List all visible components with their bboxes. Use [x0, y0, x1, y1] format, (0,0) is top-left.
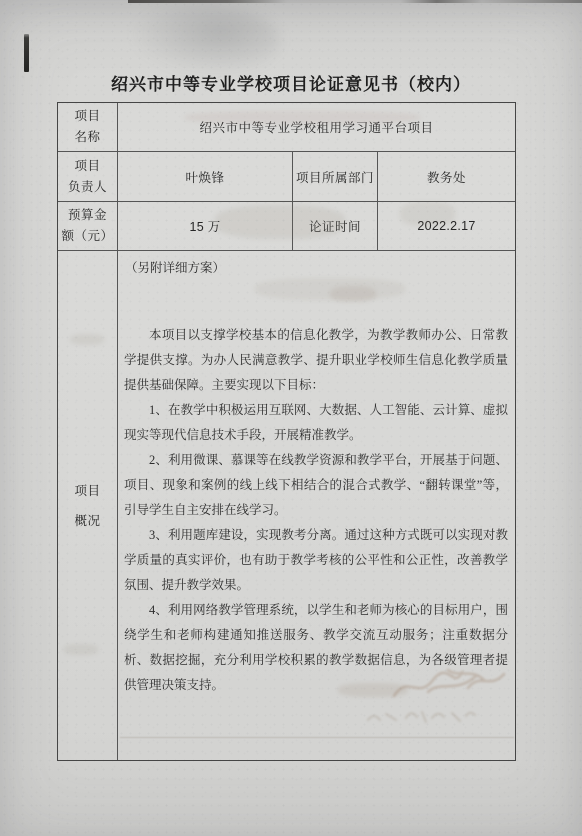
leader-label: 项目 负责人 — [58, 152, 118, 201]
department-label: 项目所属部门 — [293, 152, 378, 201]
staple-mark — [24, 34, 29, 72]
overview-label-line2: 概况 — [74, 506, 100, 536]
budget-label-line2: 额（元） — [61, 226, 113, 247]
row-budget-time: 预算金 额（元） 15 万 论证时间 2022.2.17 — [58, 202, 515, 251]
leader-value: 叶焕锋 — [118, 152, 293, 201]
overview-label-line1: 项目 — [74, 476, 100, 506]
scan-shadow-smudge — [130, 5, 280, 75]
overview-paragraph: 3、利用题库建设，实现教考分离。通过这种方式既可以实现对教学质量的真实评价，也有… — [124, 523, 508, 598]
project-name-label-line1: 项目 — [74, 106, 100, 127]
overview-paragraph: 2、利用微课、慕课等在线教学资源和教学平台，开展基于问题、项目、现象和案例的线上… — [124, 448, 508, 523]
project-name-label: 项目 名称 — [58, 103, 118, 151]
overview-paragraph: 1、在教学中积极运用互联网、大数据、人工智能、云计算、虚拟现实等现代信息技术手段… — [124, 398, 508, 448]
department-value: 教务处 — [378, 152, 515, 201]
budget-value: 15 万 — [118, 202, 293, 250]
project-name-value: 绍兴市中等专业学校租用学习通平台项目 — [118, 103, 515, 151]
overview-note: （另附详细方案） — [125, 258, 508, 278]
row-project-name: 项目 名称 绍兴市中等专业学校租用学习通平台项目 — [58, 103, 515, 152]
row-leader-department: 项目 负责人 叶焕锋 项目所属部门 教务处 — [58, 152, 515, 202]
overview-content: （另附详细方案） 本项目以支撑学校基本的信息化教学，为教学教师办公、日常教学提供… — [118, 251, 515, 760]
row-overview: 项目 概况 （另附详细方案） 本项目以支撑学校基本的信息化教学，为教学教师办公、… — [58, 251, 515, 760]
overview-paragraph: 本项目以支撑学校基本的信息化教学，为教学教师办公、日常教学提供支撑。为办人民满意… — [124, 323, 508, 398]
budget-label: 预算金 额（元） — [58, 202, 118, 250]
project-name-label-line2: 名称 — [74, 127, 100, 148]
form-table: 项目 名称 绍兴市中等专业学校租用学习通平台项目 项目 负责人 叶焕锋 项目所属… — [57, 102, 516, 761]
scan-top-edge-shadow — [128, 0, 582, 3]
document-title: 绍兴市中等专业学校项目论证意见书（校内） — [0, 70, 582, 95]
overview-paragraph: 4、利用网络教学管理系统，以学生和老师为核心的目标用户，围绕学生和老师构建通知推… — [124, 598, 508, 698]
review-time-value: 2022.2.17 — [378, 202, 515, 250]
review-time-label: 论证时间 — [293, 202, 378, 250]
leader-label-line2: 负责人 — [68, 177, 107, 198]
budget-label-line1: 预算金 — [68, 205, 107, 226]
scanned-document-page: 绍兴市中等专业学校项目论证意见书（校内） 项目 名称 绍兴市中等专业学校租用学习… — [0, 0, 582, 836]
overview-label: 项目 概况 — [58, 251, 118, 760]
leader-label-line1: 项目 — [74, 156, 100, 177]
